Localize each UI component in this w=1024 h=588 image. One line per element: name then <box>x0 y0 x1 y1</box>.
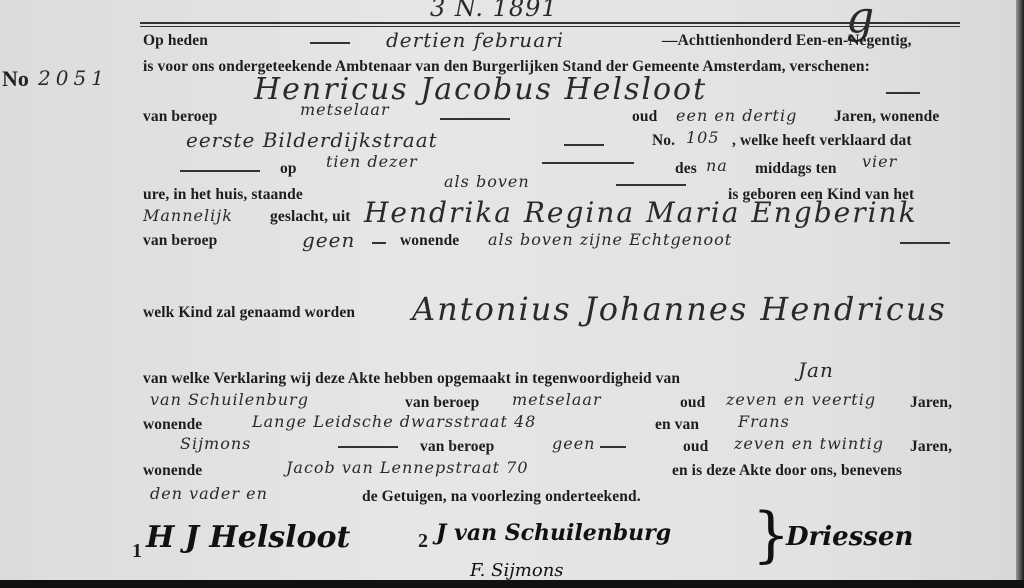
text-jaren-wonende: Jaren, wonende <box>834 108 939 126</box>
text-van-beroep-3: van beroep <box>405 394 479 412</box>
text-verklaard: , welke heeft verklaard dat <box>732 132 912 150</box>
dash <box>900 242 950 244</box>
text-verklaring: van welke Verklaring wij deze Akte hebbe… <box>143 370 680 388</box>
text-wonende: wonende <box>400 232 459 250</box>
dash <box>886 92 920 94</box>
text-oud-2: oud <box>680 394 705 412</box>
text-jaren-2: Jaren, <box>910 438 952 456</box>
witness1-first: Jan <box>798 358 834 382</box>
mother-occupation: geen <box>302 228 355 252</box>
document-page: 3 N. 1891 g No 2051 Op heden dertien feb… <box>0 0 1016 580</box>
text-op: op <box>280 160 297 178</box>
text-geslacht: geslacht, uit <box>270 208 351 226</box>
text-van-beroep-4: van beroep <box>420 438 494 456</box>
text-oud-3: oud <box>683 438 708 456</box>
also-signed-by: den vader en <box>150 484 268 503</box>
witness2-age: zeven en twintig <box>734 434 884 453</box>
declarant-street: eerste Bilderdijkstraat <box>186 128 438 152</box>
dash <box>542 162 634 164</box>
witness1-age: zeven en veertig <box>726 390 876 409</box>
text-akte-door-ons: en is deze Akte door ons, benevens <box>672 462 902 480</box>
text-getuigen: de Getuigen, na voorlezing onderteekend. <box>362 488 641 506</box>
header-scribble: 3 N. 1891 <box>430 0 558 22</box>
witness1-occupation: metselaar <box>512 390 602 409</box>
child-name: Antonius Johannes Hendricus <box>412 290 947 328</box>
dash <box>180 170 260 172</box>
text-jaren: Jaren, <box>910 394 952 412</box>
witness2-last: Sijmons <box>180 434 251 453</box>
mother-name: Hendrika Regina Maria Engberink <box>364 196 918 229</box>
text-van-beroep: van beroep <box>143 108 217 126</box>
child-sex: Mannelijk <box>143 206 233 225</box>
text-des: des <box>675 160 697 178</box>
birth-hour: vier <box>862 152 897 171</box>
record-number: 2051 <box>38 66 109 90</box>
text-genaamd: welk Kind zal genaamd worden <box>143 304 355 322</box>
dash <box>564 144 604 146</box>
signature-helsloot: H J Helsloot <box>146 520 350 555</box>
text-wonende-2: wonende <box>143 416 202 434</box>
witness1-address: Lange Leidsche dwarsstraat 48 <box>252 412 536 431</box>
text-no: No. <box>652 132 675 150</box>
text-wonende-3: wonende <box>143 462 202 480</box>
birth-part-of-day: na <box>706 156 728 175</box>
record-number-label: No <box>2 66 29 92</box>
declarant-house-no: 105 <box>686 128 720 147</box>
signature-1-number: 1 <box>132 540 142 563</box>
dash <box>372 242 386 244</box>
dash <box>338 446 398 448</box>
birth-day: tien dezer <box>326 152 418 171</box>
signature-brace: } <box>752 500 790 570</box>
signature-sijmons: F. Sijmons <box>470 560 564 581</box>
scan-edge-bottom <box>0 580 1024 588</box>
dash <box>616 184 686 186</box>
signature-2-number: 2 <box>418 530 428 553</box>
text-op-heden: Op heden <box>143 32 208 50</box>
dash <box>600 446 626 448</box>
text-en-van: en van <box>655 416 699 434</box>
signature-schuilenburg: J van Schuilenburg <box>436 520 671 546</box>
text-in-het-huis: ure, in het huis, staande <box>143 186 303 204</box>
text-van-beroep-2: van beroep <box>143 232 217 250</box>
text-middags-ten: middags ten <box>755 160 837 178</box>
mother-residence: als boven zijne Echtgenoot <box>488 230 732 249</box>
birth-location: als boven <box>444 172 530 191</box>
top-rule <box>140 22 960 24</box>
witness2-address: Jacob van Lennepstraat 70 <box>286 458 529 477</box>
signature-official: Driessen <box>786 522 913 552</box>
text-oud: oud <box>632 108 657 126</box>
witness2-first: Frans <box>738 412 790 431</box>
witness1-last: van Schuilenburg <box>150 390 309 409</box>
dash <box>310 42 350 44</box>
declarant-age: een en dertig <box>676 106 797 125</box>
text-year: —Achttienhonderd Een-en-Negentig, <box>662 32 912 50</box>
scan-edge-right <box>1016 0 1024 588</box>
dash <box>440 118 510 120</box>
declarant-occupation: metselaar <box>300 100 390 119</box>
top-rule-2 <box>140 26 960 27</box>
date-field: dertien februari <box>386 28 564 52</box>
witness2-occupation: geen <box>552 434 595 453</box>
